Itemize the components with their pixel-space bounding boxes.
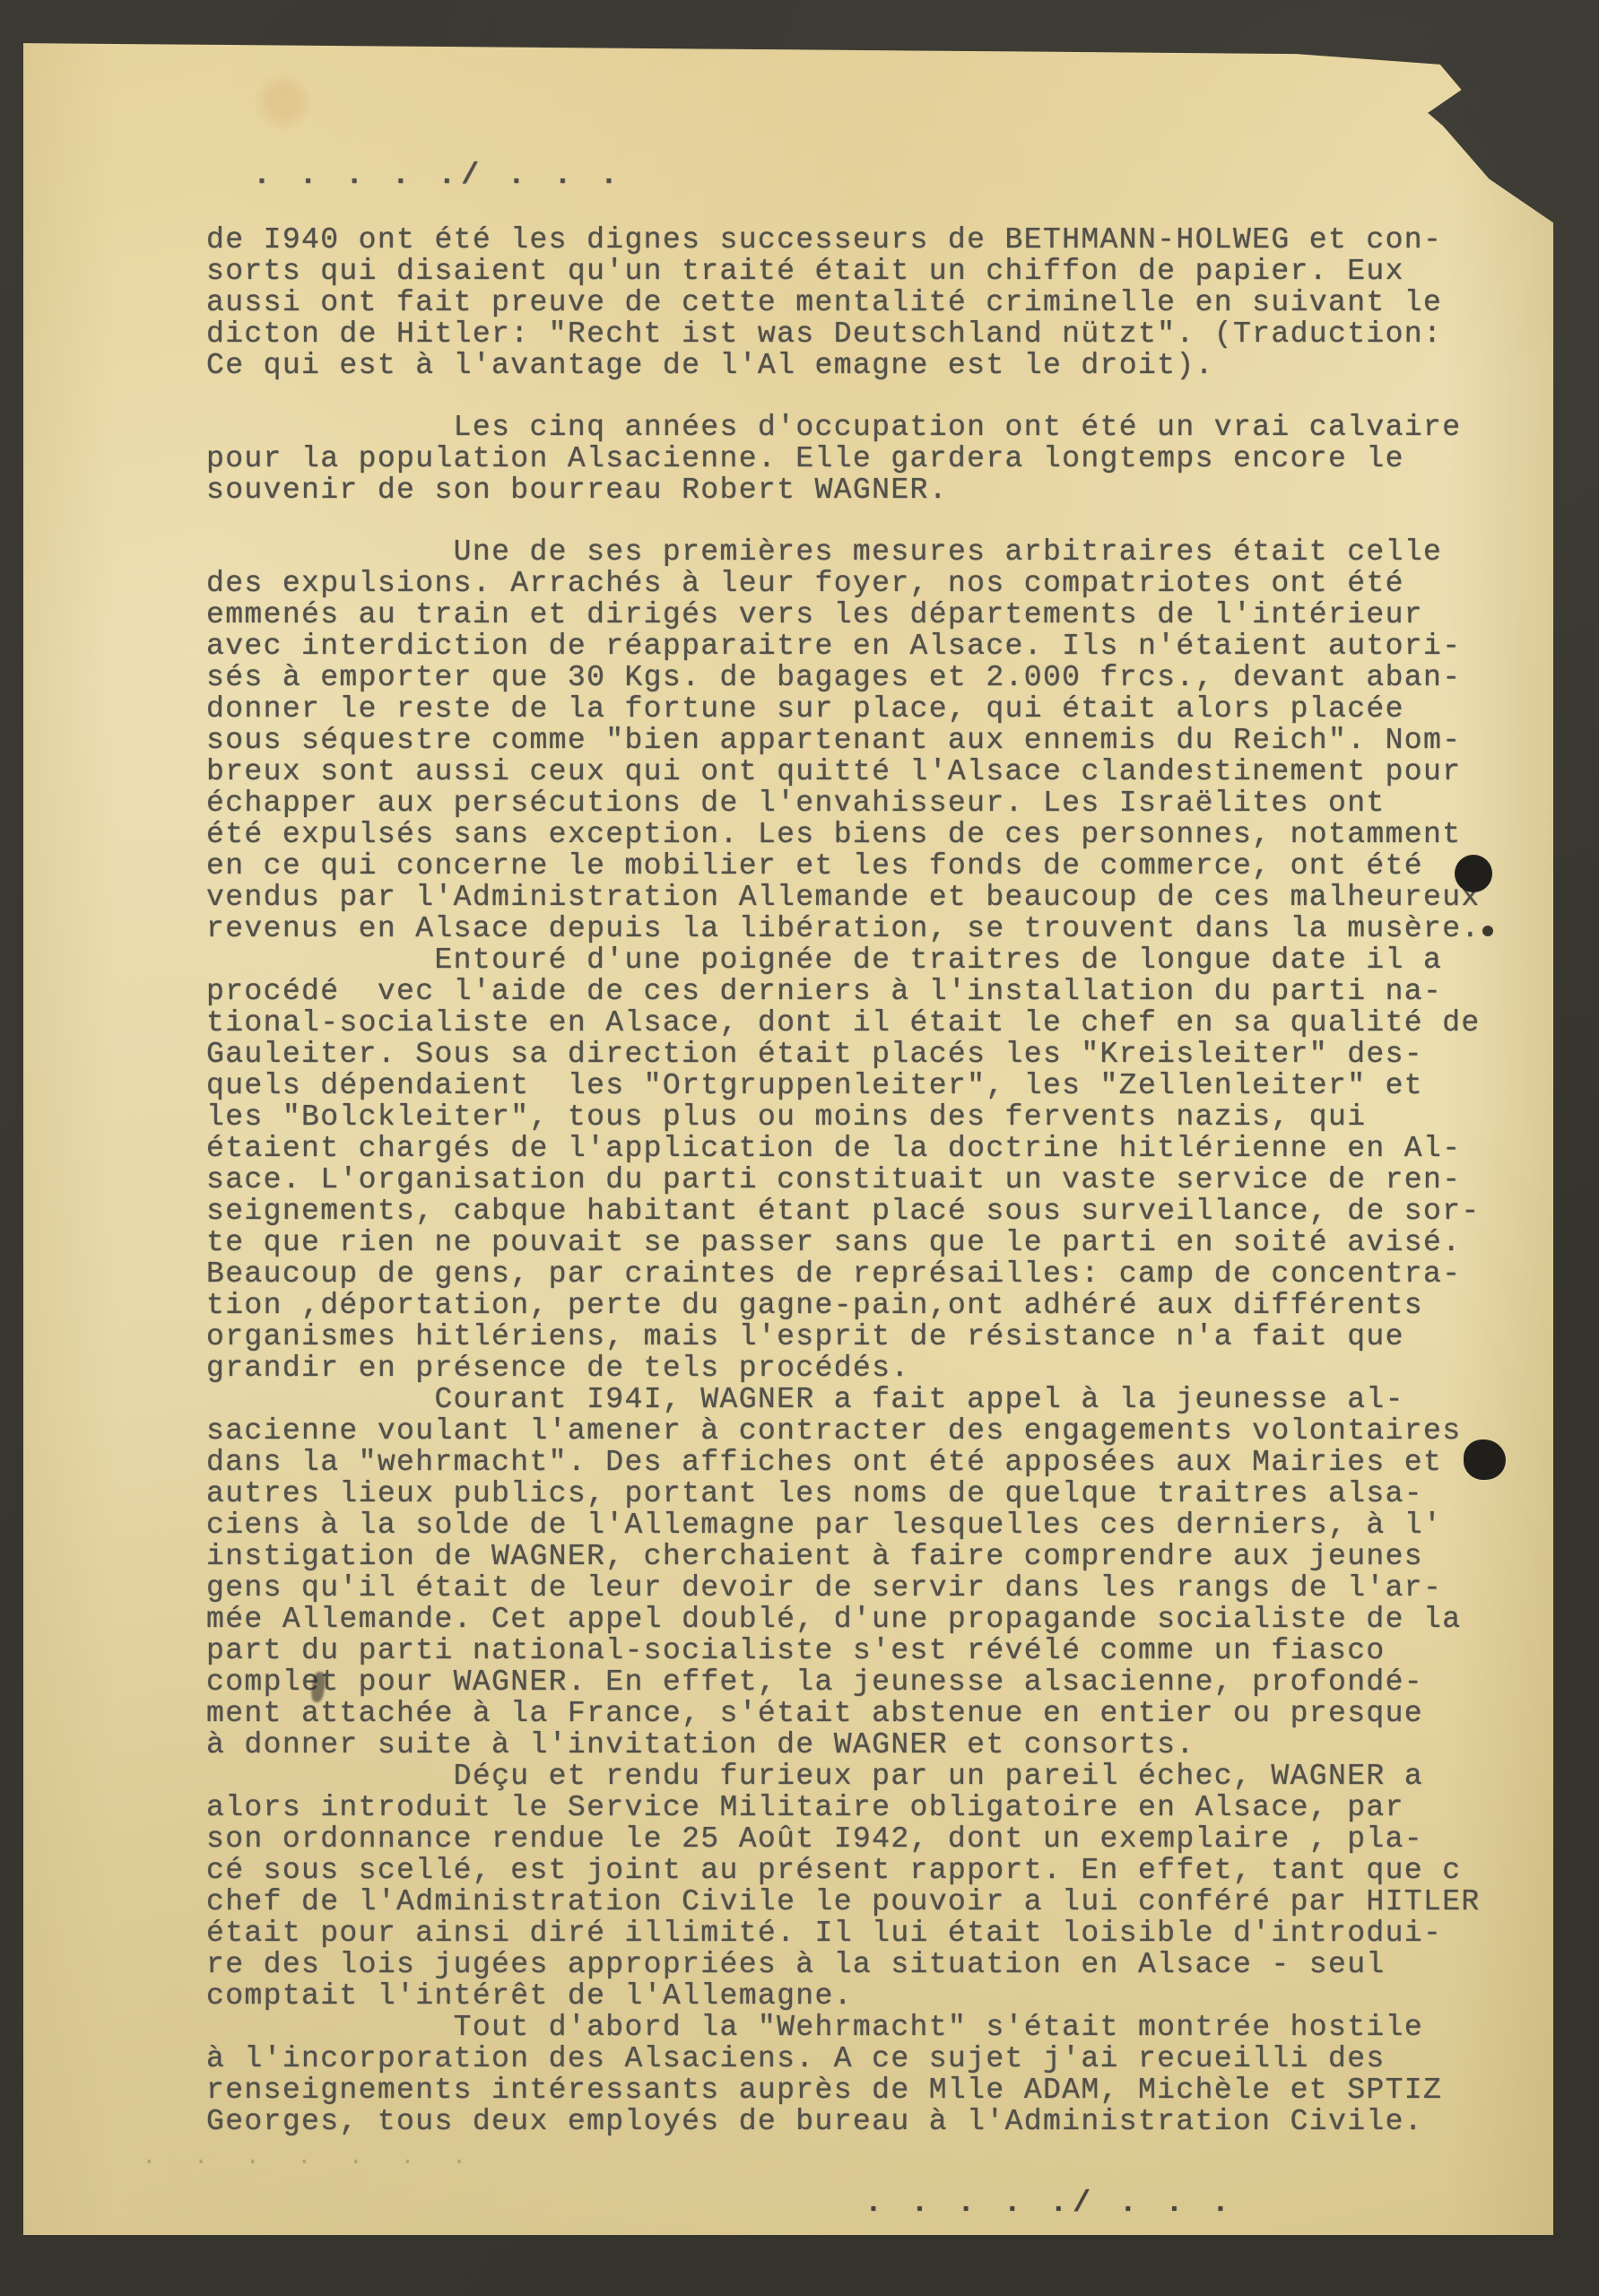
paragraph-engagements-1941: Courant I94I, WAGNER a fait appel à la j… — [206, 1384, 1532, 1761]
scanned-document: . . . . ./ . . . de I940 ont été les dig… — [0, 0, 1599, 2296]
ink-dot-small — [1482, 926, 1493, 936]
ink-blot-hole-top — [1455, 855, 1492, 892]
document-page: . . . . ./ . . . de I940 ont été les dig… — [23, 36, 1553, 2235]
ink-blot-hole-bottom — [1464, 1439, 1506, 1480]
continuation-marker-top: . . . . ./ . . . — [253, 160, 1532, 191]
paragraph-service-militaire: Déçu et rendu furieux par un pareil éche… — [206, 1761, 1532, 2012]
paragraph-wehrmacht-hostile: Tout d'abord la "Wehrmacht" s'était mont… — [206, 2012, 1532, 2137]
paragraph-continuation: de I940 ont été les dignes successeurs d… — [206, 224, 1532, 381]
continuation-marker-bottom: . . . . ./ . . . — [865, 2187, 1235, 2220]
paragraph-expulsions: Une de ses premières mesures arbitraires… — [206, 536, 1532, 944]
paragraph-occupation: Les cinq années d'occupation ont été un … — [206, 412, 1532, 506]
paragraph-parti-nazi: Entouré d'une poignée de traitres de lon… — [206, 944, 1532, 1384]
typewritten-text-block: . . . . ./ . . . de I940 ont été les dig… — [206, 160, 1532, 2137]
faint-dot-row: . . . . . . . — [142, 2144, 477, 2171]
